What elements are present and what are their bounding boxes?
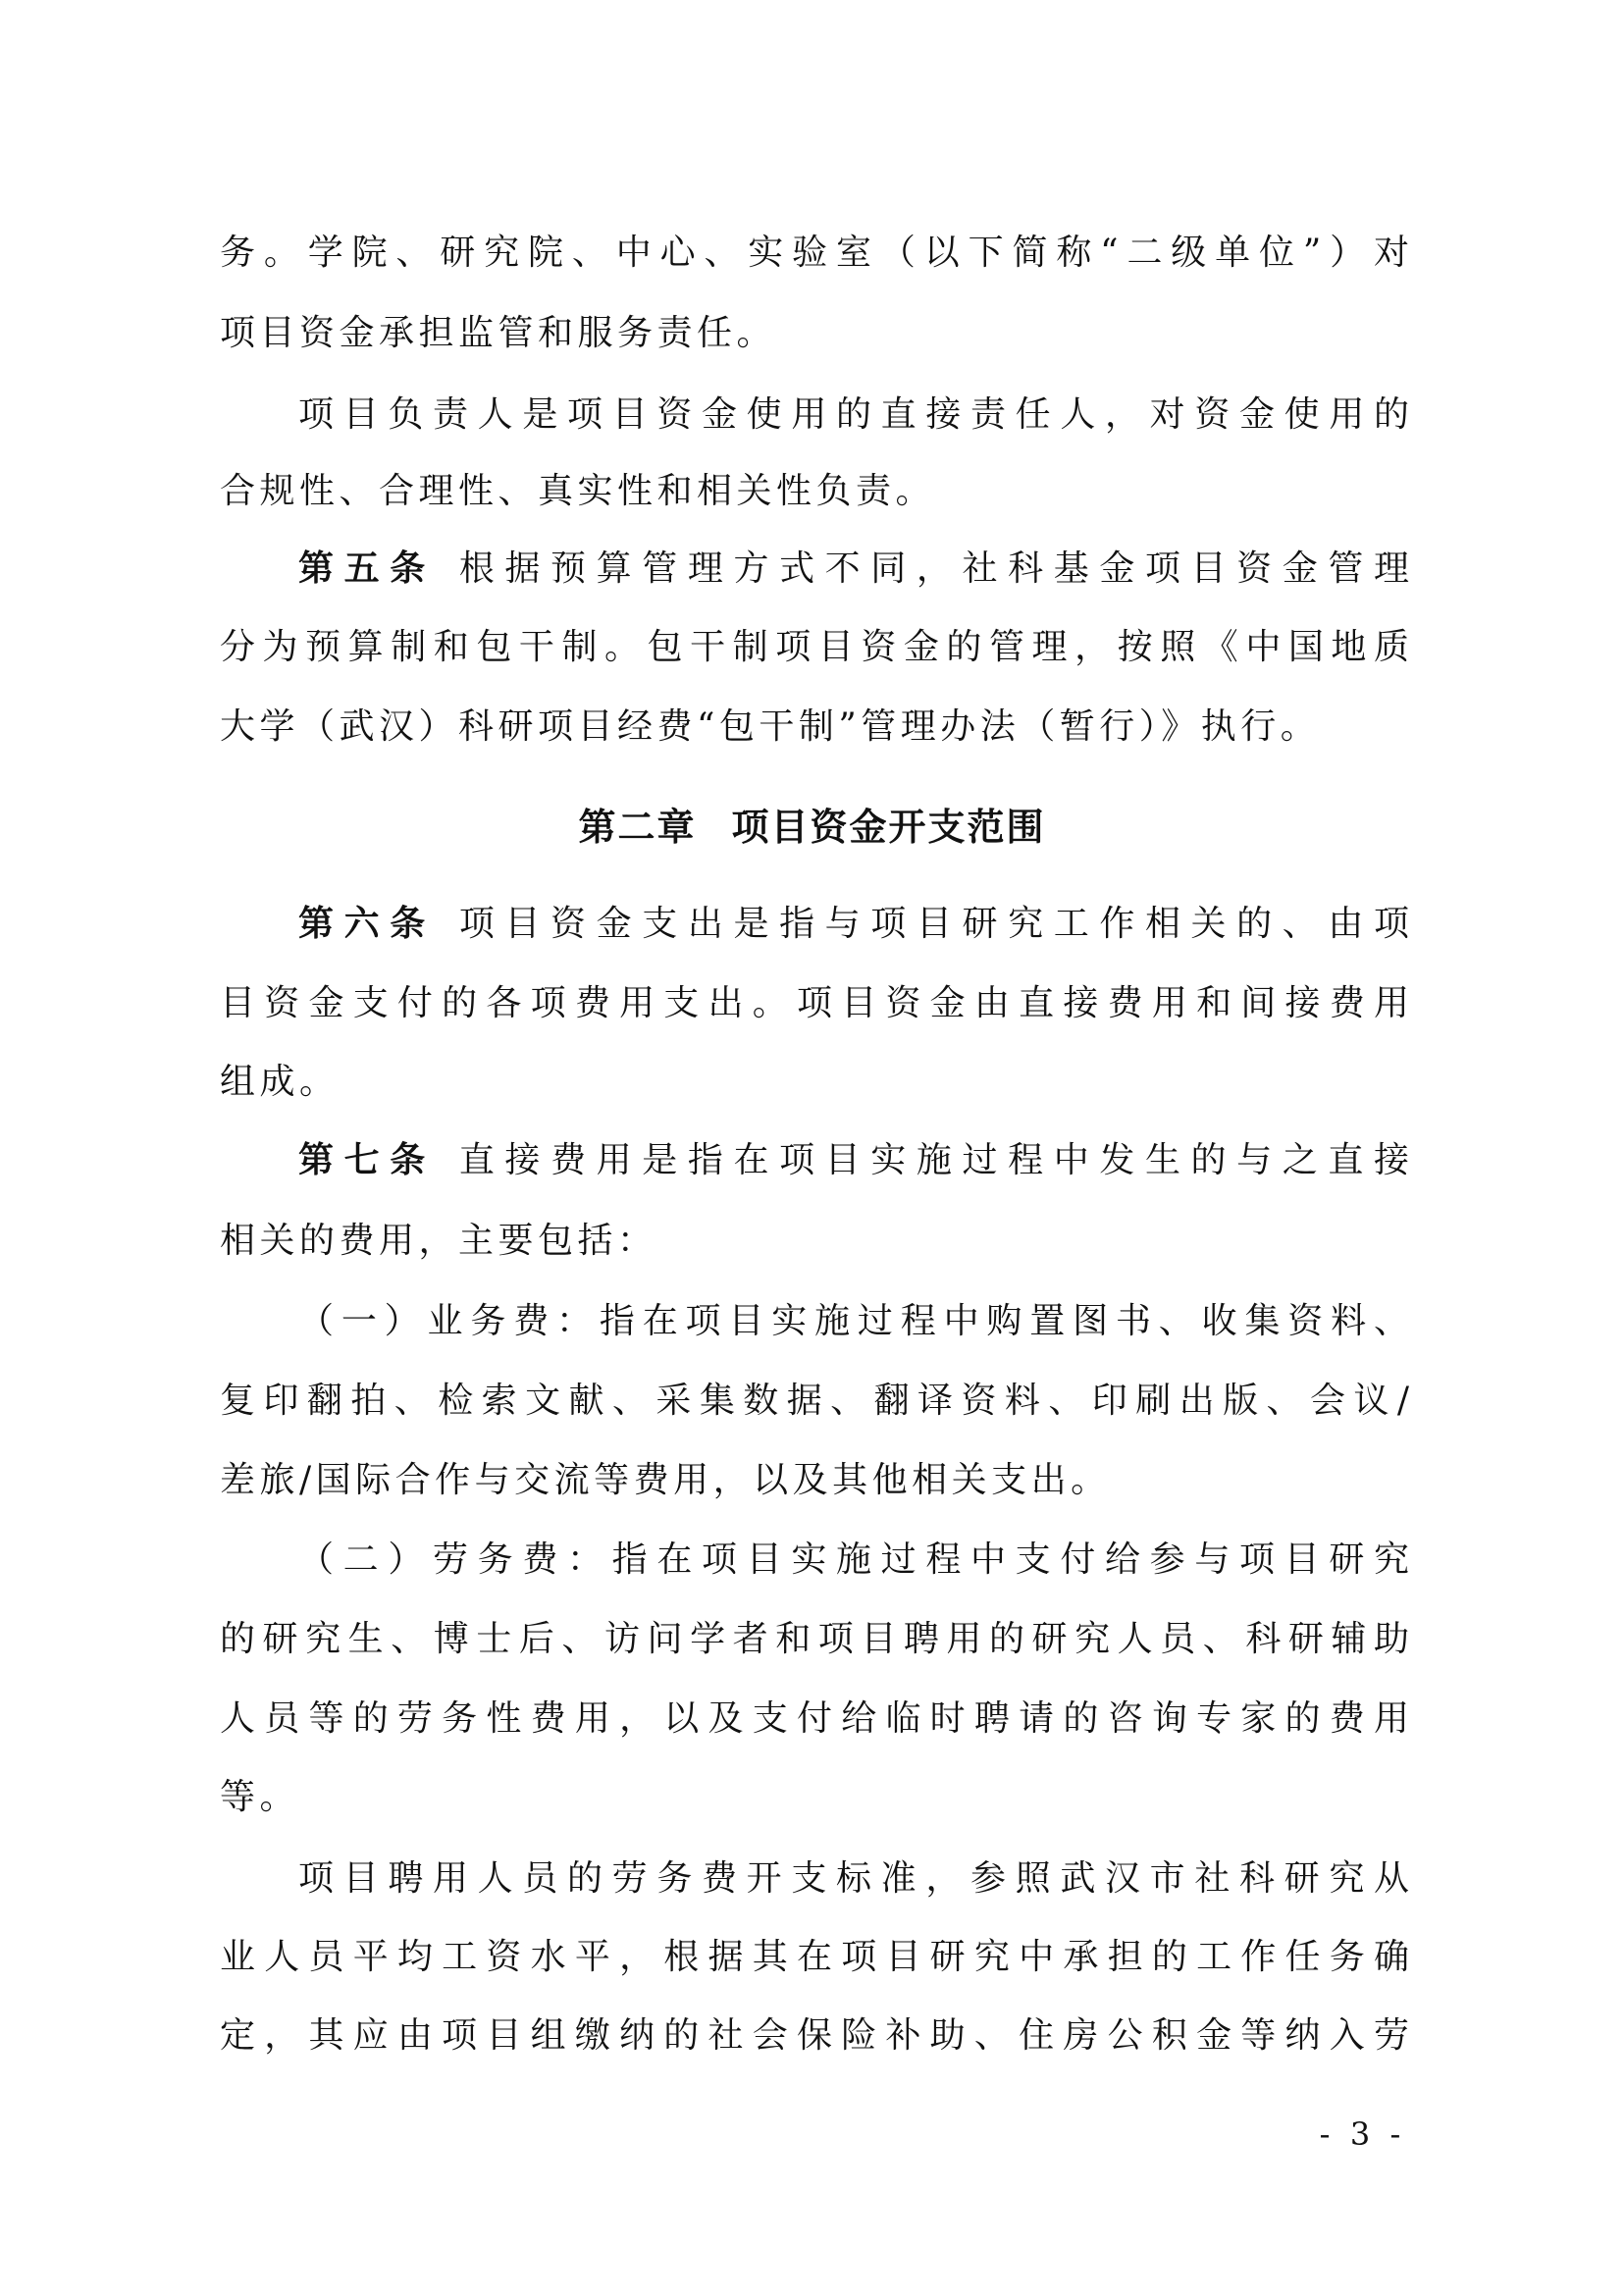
paragraph-line: 定，其应由项目组缴纳的社会保险补助、住房公积金等纳入劳 [220, 2007, 1409, 2065]
paragraph-line: 项目负责人是项目资金使用的直接责任人，对资金使用的 [298, 386, 1409, 444]
paragraph-line: 项目资金承担监管和服务责任。 [220, 304, 1409, 363]
paragraph-line: 人员等的劳务性费用，以及支付给临时聘请的咨询专家的费用 [220, 1690, 1409, 1748]
chapter-number: 第二章 [578, 798, 696, 857]
paragraph-line: 合规性、合理性、真实性和相关性负责。 [220, 462, 1409, 521]
article-5-line: 第五条根据预算管理方式不同，社科基金项目资金管理 [298, 540, 1409, 599]
paragraph-line: 分为预算制和包干制。包干制项目资金的管理，按照《中国地质 [220, 618, 1409, 677]
article-6-text: 项目资金支出是指与项目研究工作相关的、由项 [459, 904, 1409, 944]
article-7-text: 直接费用是指在项目实施过程中发生的与之直接 [459, 1140, 1409, 1180]
article-6-line: 第六条项目资金支出是指与项目研究工作相关的、由项 [298, 895, 1409, 954]
article-7-label: 第七条 [298, 1140, 436, 1180]
page-number: - 3 - [1305, 2110, 1415, 2159]
paragraph-line: 项目聘用人员的劳务费开支标准，参照武汉市社科研究从 [298, 1850, 1409, 1908]
chapter-title: 项目资金开支范围 [732, 798, 1046, 857]
document-page: 务。学院、研究院、中心、实验室（以下简称“二级单位”）对 项目资金承担监管和服务… [0, 0, 1624, 2296]
paragraph-line: 业人员平均工资水平，根据其在项目研究中承担的工作任务确 [220, 1928, 1409, 1987]
article-6-label: 第六条 [298, 904, 436, 944]
article-5-label: 第五条 [298, 548, 436, 589]
paragraph-line: 务。学院、研究院、中心、实验室（以下简称“二级单位”）对 [220, 224, 1409, 283]
chapter-heading: 第二章项目资金开支范围 [0, 798, 1624, 857]
paragraph-line: 组成。 [220, 1053, 1409, 1112]
list-item-labor-fee: （二）劳务费：指在项目实施过程中支付给参与项目研究 [298, 1531, 1409, 1590]
paragraph-line: 差旅/国际合作与交流等费用，以及其他相关支出。 [220, 1451, 1409, 1510]
paragraph-line: 目资金支付的各项费用支出。项目资金由直接费用和间接费用 [220, 974, 1409, 1033]
article-5-text: 根据预算管理方式不同，社科基金项目资金管理 [459, 548, 1409, 589]
paragraph-line: 相关的费用，主要包括： [220, 1212, 1409, 1271]
paragraph-line: 大学（武汉）科研项目经费“包干制”管理办法（暂行）》执行。 [220, 698, 1409, 757]
list-item-business-fee: （一）业务费：指在项目实施过程中购置图书、收集资料、 [298, 1292, 1409, 1351]
article-7-line: 第七条直接费用是指在项目实施过程中发生的与之直接 [298, 1131, 1409, 1190]
paragraph-line: 等。 [220, 1768, 1409, 1827]
paragraph-line: 的研究生、博士后、访问学者和项目聘用的研究人员、科研辅助 [220, 1610, 1409, 1669]
paragraph-line: 复印翻拍、检索文献、采集数据、翻译资料、印刷出版、会议/ [220, 1372, 1409, 1431]
